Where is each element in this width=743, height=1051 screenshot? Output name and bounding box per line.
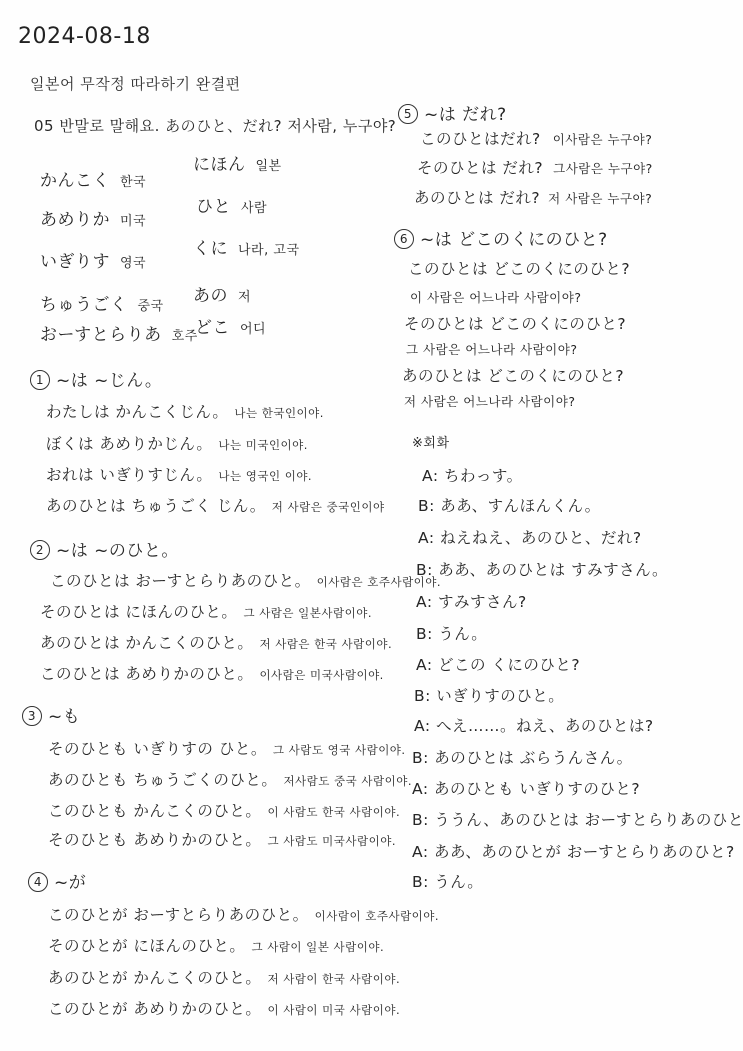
- conversation-label: ※회화: [412, 432, 450, 451]
- dialogue-line: A: すみすさん?: [416, 590, 527, 612]
- section-1-heading: 1~は ~じん。: [30, 366, 162, 391]
- vocab-item: ちゅうごく중국: [40, 290, 164, 315]
- example-sentence: あのひとが かんこくのひと。저 사람이 한국 사람이야.: [48, 966, 400, 988]
- example-sentence: おれは いぎりすじん。나는 영국인 이야.: [46, 463, 312, 485]
- dialogue-line: B: ああ、あのひとは すみすさん。: [416, 558, 668, 580]
- vocab-item: にほん일본: [193, 150, 282, 175]
- dialogue-line: B: ああ、すんほんくん。: [418, 494, 601, 516]
- notebook-page: 2024-08-18 일본어 무작정 따라하기 완결편 05 반말로 말해요. …: [0, 0, 743, 1051]
- example-sentence: あのひとは ちゅうごく じん。저 사람은 중국인이야: [46, 494, 385, 516]
- example-sentence: あのひとは だれ?저 사람은 누구야?: [414, 186, 652, 208]
- example-sentence: このひとも かんこくのひと。이 사람도 한국 사람이야.: [48, 799, 400, 821]
- dialogue-line: B: いぎりすのひと。: [414, 684, 564, 706]
- example-sentence: このひとが あめりかのひと。이 사람이 미국 사람이야.: [48, 997, 400, 1019]
- translation: 저 사람은 어느나라 사람이야?: [404, 392, 575, 410]
- date: 2024-08-18: [18, 24, 151, 49]
- dialogue-line: A: あのひとも いぎりすのひと?: [412, 777, 640, 799]
- dialogue-line: A: へえ……。ねえ、あのひとは?: [414, 714, 654, 736]
- example-sentence: そのひとは どこのくにのひと?: [404, 312, 626, 334]
- vocab-item: あめりか미국: [40, 205, 146, 230]
- vocab-item: かんこく한국: [40, 166, 146, 191]
- example-sentence: このひとは どこのくにのひと?: [408, 257, 630, 279]
- vocab-item: くに나라, 고국: [193, 234, 300, 259]
- example-sentence: わたしは かんこくじん。나는 한국인이야.: [46, 400, 324, 422]
- circled-number: 1: [30, 370, 50, 390]
- dialogue-line: A: ちわっす。: [422, 464, 523, 486]
- example-sentence: このひとは あめりかのひと。이사람은 미국사람이야.: [40, 662, 384, 684]
- example-sentence: このひとはだれ?이사람은 누구야?: [420, 127, 652, 149]
- circled-number: 6: [394, 229, 414, 249]
- book-title: 일본어 무작정 따라하기 완결편: [30, 73, 241, 94]
- vocab-item: ひと사람: [196, 192, 267, 217]
- example-sentence: そのひとも いぎりすの ひと。그 사람도 영국 사람이야.: [48, 737, 406, 759]
- section-5-heading: 5~は だれ?: [398, 100, 507, 125]
- vocab-item: どこ어디: [195, 313, 266, 338]
- example-sentence: そのひとも あめりかのひと。그 사람도 미국사람이야.: [48, 828, 396, 850]
- section-2-heading: 2~は ~のひと。: [30, 536, 179, 561]
- circled-number: 4: [28, 872, 48, 892]
- example-sentence: あのひとも ちゅうごくのひと。저사람도 중국 사람이야.: [48, 768, 412, 790]
- example-sentence: そのひとは にほんのひと。그 사람은 일본사람이야.: [40, 600, 372, 622]
- translation: 이 사람은 어느나라 사람이야?: [410, 288, 581, 306]
- example-sentence: そのひとは だれ?그사람은 누구야?: [417, 156, 653, 178]
- section-3-heading: 3~も: [22, 702, 80, 727]
- section-4-heading: 4~が: [28, 868, 86, 893]
- circled-number: 5: [398, 104, 418, 124]
- dialogue-line: B: うん。: [412, 870, 483, 892]
- vocab-item: おーすとらりあ호주: [40, 320, 198, 345]
- example-sentence: このひとが おーすとらりあのひと。이사람이 호주사람이야.: [48, 903, 439, 925]
- dialogue-line: A: ねえねえ、あのひと、だれ?: [418, 526, 642, 548]
- dialogue-line: A: どこの くにのひと?: [416, 653, 580, 675]
- example-sentence: ぼくは あめりかじん。나는 미국인이야.: [46, 432, 308, 454]
- circled-number: 3: [22, 706, 42, 726]
- example-sentence: あのひとは かんこくのひと。저 사람은 한국 사람이야.: [40, 631, 392, 653]
- lesson-title: 05 반말로 말해요. あのひと、だれ? 저사람, 누구야?: [34, 115, 396, 136]
- example-sentence: このひとは おーすとらりあのひと。이사람은 호주사람이야.: [50, 569, 441, 591]
- dialogue-line: B: あのひとは ぶらうんさん。: [412, 746, 633, 768]
- section-6-heading: 6~は どこのくにのひと?: [394, 225, 608, 250]
- translation: 그 사람은 어느나라 사람이야?: [406, 340, 577, 358]
- example-sentence: そのひとが にほんのひと。그 사람이 일본 사람이야.: [48, 934, 384, 956]
- vocab-item: あの저: [193, 281, 251, 306]
- dialogue-line: B: ううん、あのひとは おーすとらりあのひと。: [412, 808, 743, 830]
- dialogue-line: A: ああ、あのひとが おーすとらりあのひと?: [412, 840, 735, 862]
- circled-number: 2: [30, 540, 50, 560]
- vocab-item: いぎりす영국: [40, 247, 146, 272]
- example-sentence: あのひとは どこのくにのひと?: [402, 364, 624, 386]
- dialogue-line: B: うん。: [416, 622, 487, 644]
